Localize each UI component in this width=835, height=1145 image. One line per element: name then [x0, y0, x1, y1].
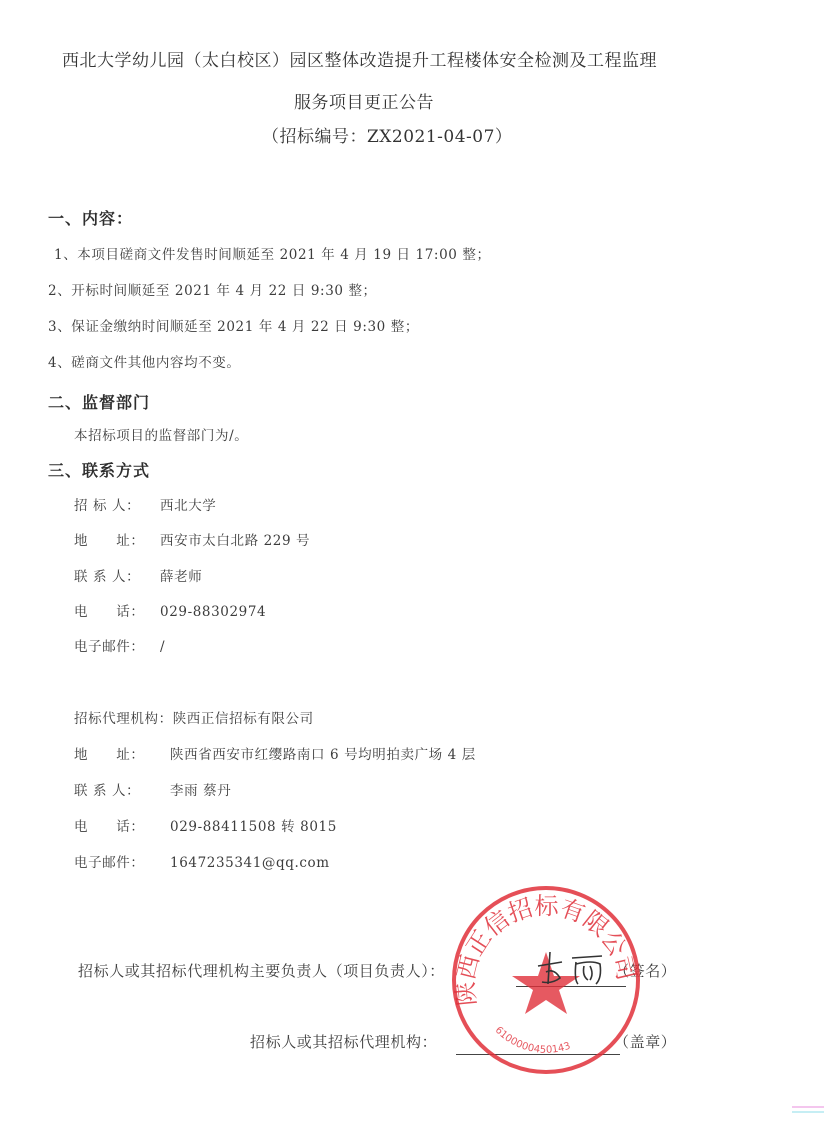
signer-label: 招标人或其招标代理机构主要负责人（项目负责人）： [78, 960, 445, 981]
supervision-text: 本招标项目的监督部门为/。 [74, 424, 248, 444]
agency-contact-row: 联 系 人：李雨 蔡丹 [74, 779, 231, 799]
tenderer-address-label: 地 址： [74, 529, 160, 549]
section1-heading: 一、内容： [48, 206, 133, 229]
tenderer-name-row: 招 标 人：西北大学 [74, 494, 216, 514]
tenderer-name: 西北大学 [160, 498, 216, 514]
agency-email-label: 电子邮件： [74, 851, 170, 871]
svg-text:6100000450143: 6100000450143 [493, 1025, 572, 1056]
agency-email: 1647235341@qq.com [170, 855, 330, 871]
section2-heading: 二、监督部门 [48, 390, 150, 413]
document-title-line1: 西北大学幼儿园（太白校区）园区整体改造提升工程楼体安全检测及工程监理 [62, 46, 657, 71]
section1-item-3: 3、保证金缴纳时间顺延至 2021 年 4 月 22 日 9:30 整； [48, 315, 419, 335]
agency-phone-row: 电 话：029-88411508 转 8015 [74, 815, 337, 835]
agency-address-row: 地 址：陕西省西安市红缨路南口 6 号均明拍卖广场 4 层 [74, 743, 476, 763]
tender-number: （招标编号：ZX2021-04-07） [262, 122, 512, 147]
stamp-label: 招标人或其招标代理机构： [250, 1031, 437, 1052]
agency-contact-label: 联 系 人： [74, 779, 170, 799]
agency-email-row: 电子邮件：1647235341@qq.com [74, 851, 330, 871]
section1-item-1: 1、本项目磋商文件发售时间顺延至 2021 年 4 月 19 日 17:00 整… [54, 243, 491, 263]
tenderer-address-row: 地 址：西安市太白北路 229 号 [74, 529, 310, 549]
agency-phone: 029-88411508 转 8015 [170, 819, 337, 835]
handwritten-signature-icon [532, 944, 612, 988]
agency-address-label: 地 址： [74, 743, 170, 763]
agency-name: 陕西正信招标有限公司 [173, 711, 314, 727]
section1-item-2: 2、开标时间顺延至 2021 年 4 月 22 日 9:30 整； [48, 279, 377, 299]
tenderer-contact-row: 联 系 人：薛老师 [74, 565, 202, 585]
scan-artifact [792, 1111, 824, 1113]
agency-contact: 李雨 蔡丹 [170, 783, 231, 799]
tenderer-email: / [160, 639, 165, 655]
tenderer-phone: 029-88302974 [160, 604, 266, 620]
tenderer-contact-label: 联 系 人： [74, 565, 160, 585]
section1-item-4: 4、磋商文件其他内容均不变。 [48, 351, 241, 371]
tenderer-email-label: 电子邮件： [74, 635, 160, 655]
tenderer-name-label: 招 标 人： [74, 494, 160, 514]
tenderer-email-row: 电子邮件：/ [74, 635, 165, 655]
document-title-line2: 服务项目更正公告 [294, 88, 434, 113]
tenderer-phone-label: 电 话： [74, 600, 160, 620]
scan-artifact [792, 1106, 824, 1108]
tenderer-phone-row: 电 话：029-88302974 [74, 600, 266, 620]
agency-address: 陕西省西安市红缨路南口 6 号均明拍卖广场 4 层 [170, 747, 476, 763]
tenderer-contact: 薛老师 [160, 569, 202, 585]
agency-phone-label: 电 话： [74, 815, 170, 835]
agency-name-label: 招标代理机构： [74, 711, 173, 727]
section3-heading: 三、联系方式 [48, 458, 150, 481]
tenderer-address: 西安市太白北路 229 号 [160, 533, 310, 549]
agency-name-row: 招标代理机构：陕西正信招标有限公司 [74, 707, 314, 727]
